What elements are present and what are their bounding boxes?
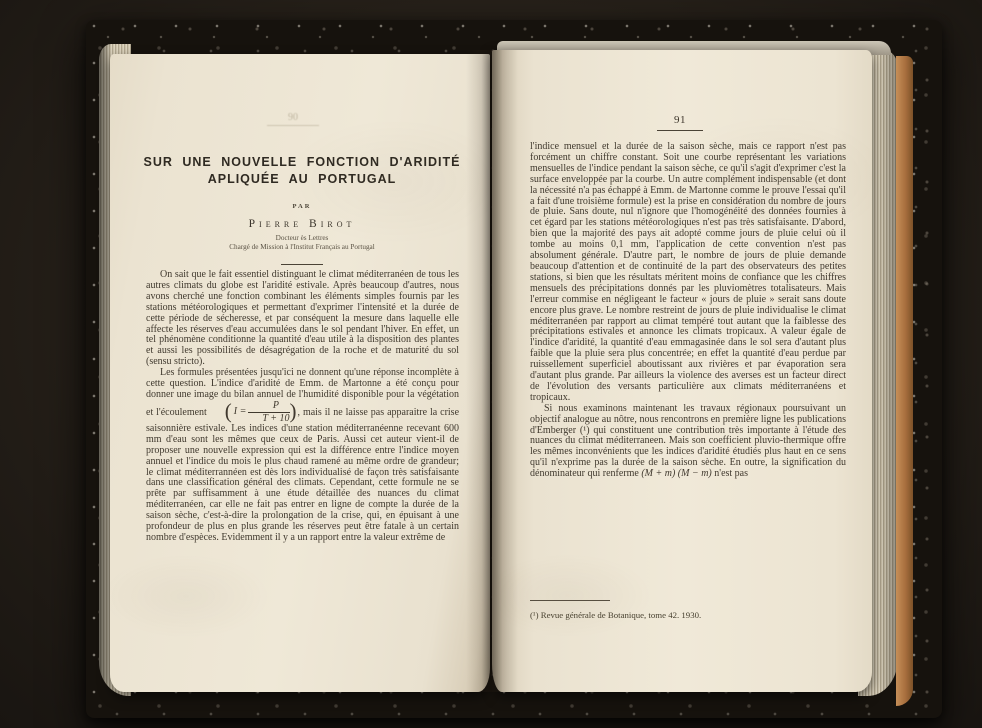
article-title-line1: SUR UNE NOUVELLE FONCTION D'ARIDITÉ [134, 154, 470, 171]
paragraph: On sait que le fait essentiel distinguan… [146, 270, 459, 368]
formula-open-paren: ( [225, 399, 232, 423]
right-page: 91 l'indice mensuel et la durée de la sa… [492, 50, 872, 692]
paragraph: l'indice mensuel et la durée de la saiso… [530, 142, 846, 404]
formula-fraction: PT + 10 [248, 401, 289, 424]
right-page-text: l'indice mensuel et la durée de la saiso… [530, 142, 846, 480]
left-page-text: On sait que le fait essentiel distinguan… [146, 270, 459, 544]
paragraph: Si nous examinons maintenant les travaux… [530, 404, 846, 480]
page-header: 91 [522, 110, 838, 131]
author-credential-1: Docteur ès Lettres [134, 234, 470, 243]
paragraph-text: , mais il ne laisse pas apparaitre la cr… [146, 407, 459, 543]
photo-background: 90 SUR UNE NOUVELLE FONCTION D'ARIDITÉ A… [0, 0, 982, 728]
left-page: 90 SUR UNE NOUVELLE FONCTION D'ARIDITÉ A… [110, 54, 490, 692]
fore-edge-strip [896, 56, 913, 706]
article-title-line2: APLIQUÉE AU PORTUGAL [134, 171, 470, 188]
author-name: Pierre Birot [134, 218, 470, 230]
article-heading: SUR UNE NOUVELLE FONCTION D'ARIDITÉ APLI… [134, 154, 470, 265]
paragraph-text: n'est pas [712, 468, 748, 479]
author-credential-2: Chargé de Mission à l'Institut Français … [134, 243, 470, 252]
formula-numerator: P [248, 401, 289, 413]
math-expression: (M + m) (M − m) [641, 468, 711, 479]
byline-par: PAR [134, 203, 470, 210]
footnote-rule [530, 600, 610, 601]
aridity-index-formula: (I =PT + 10) [210, 401, 298, 424]
title-divider-rule [281, 264, 323, 265]
formula-lhs: I = [232, 406, 249, 417]
footnote: (¹) Revue générale de Botanique, tome 42… [530, 610, 846, 620]
formula-close-paren: ) [290, 399, 297, 423]
ghost-page-number: 90 [110, 112, 476, 126]
page-number: 91 [657, 114, 703, 131]
paragraph: Les formules présentées jusqu'ici ne don… [146, 368, 459, 544]
